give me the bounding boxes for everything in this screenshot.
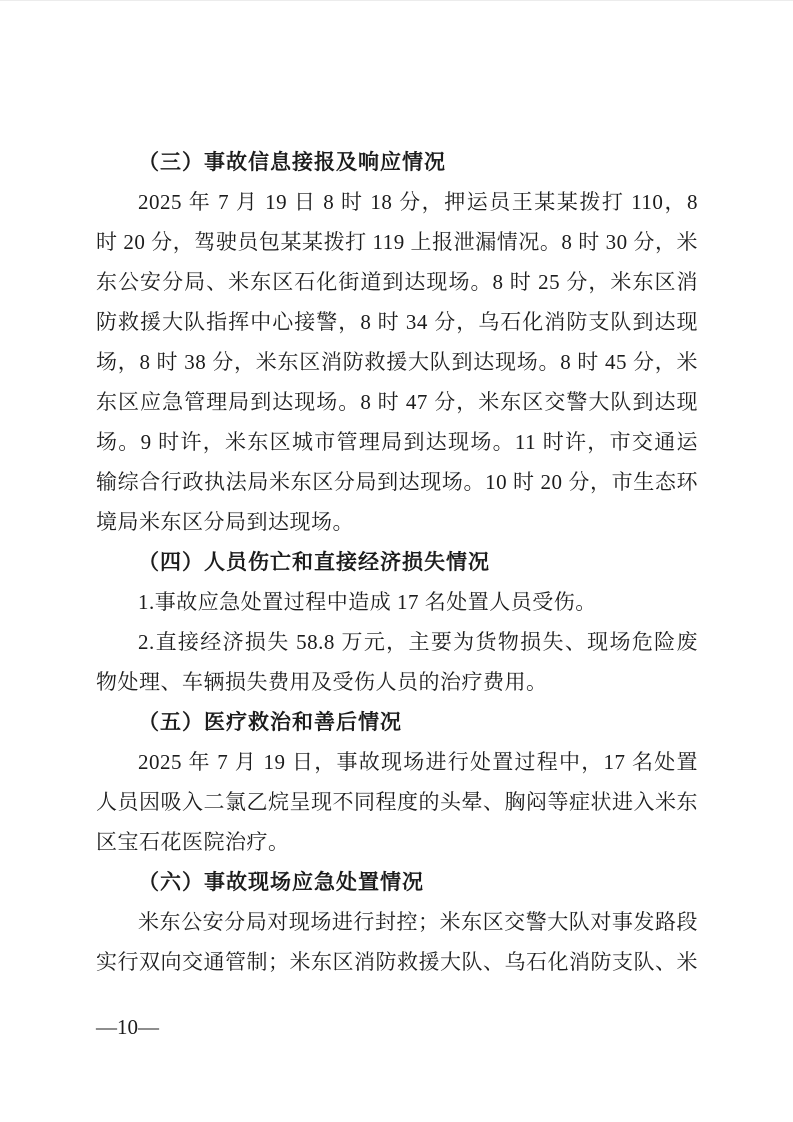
section-heading: （五）医疗救治和善后情况 [96, 702, 698, 742]
page-number: —10— [96, 1007, 159, 1047]
body-paragraph: 2025 年 7 月 19 日，事故现场进行处置过程中，17 名处置人员因吸入二… [96, 742, 698, 862]
section-heading: （三）事故信息接报及响应情况 [96, 142, 698, 182]
body-paragraph: 2.直接经济损失 58.8 万元，主要为货物损失、现场危险废物处理、车辆损失费用… [96, 622, 698, 702]
section-heading: （四）人员伤亡和直接经济损失情况 [96, 542, 698, 582]
section-heading: （六）事故现场应急处置情况 [96, 862, 698, 902]
body-paragraph: 1.事故应急处置过程中造成 17 名处置人员受伤。 [96, 582, 698, 622]
document-page: （三）事故信息接报及响应情况2025 年 7 月 19 日 8 时 18 分，押… [0, 0, 793, 1122]
body-paragraph: 2025 年 7 月 19 日 8 时 18 分，押运员王某某拨打 110，8 … [96, 182, 698, 542]
body-paragraph: 米东公安分局对现场进行封控；米东区交警大队对事发路段实行双向交通管制；米东区消防… [96, 902, 698, 982]
document-body: （三）事故信息接报及响应情况2025 年 7 月 19 日 8 时 18 分，押… [96, 142, 698, 982]
